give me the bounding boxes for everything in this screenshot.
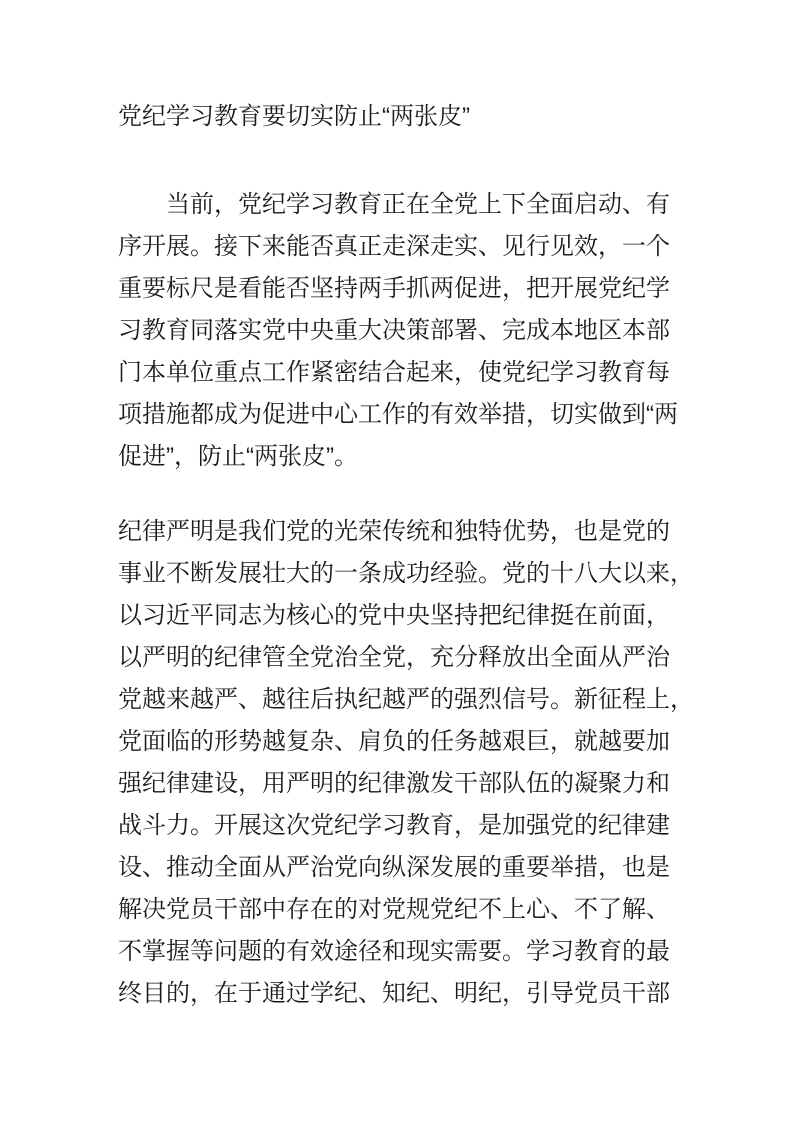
- document-title: 党纪学习教育要切实防止“两张皮”: [118, 96, 675, 138]
- text-line: 以习近平同志为核心的党中央坚持把纪律挺在前面，: [118, 595, 675, 637]
- text-line: 不掌握等问题的有效途径和现实需要。学习教育的最: [118, 931, 675, 973]
- document-body: 当前，党纪学习教育正在全党上下全面启动、有序开展。接下来能否真正走深走实、见行见…: [118, 184, 675, 1015]
- paragraph: 纪律严明是我们党的光荣传统和独特优势，也是党的事业不断发展壮大的一条成功经验。党…: [118, 511, 675, 1015]
- text-line: 以严明的纪律管全党治全党，充分释放出全面从严治: [118, 637, 675, 679]
- text-line: 重要标尺是看能否坚持两手抓两促进，把开展党纪学: [118, 268, 675, 310]
- text-line: 党面临的形势越复杂、肩负的任务越艰巨，就越要加: [118, 721, 675, 763]
- paragraph: 当前，党纪学习教育正在全党上下全面启动、有序开展。接下来能否真正走深走实、见行见…: [118, 184, 675, 478]
- document-page: 党纪学习教育要切实防止“两张皮” 当前，党纪学习教育正在全党上下全面启动、有序开…: [0, 0, 793, 1122]
- text-line: 终目的，在于通过学纪、知纪、明纪，引导党员干部: [118, 973, 675, 1015]
- text-line: 项措施都成为促进中心工作的有效举措，切实做到“两: [118, 394, 675, 436]
- text-line: 强纪律建设，用严明的纪律激发干部队伍的凝聚力和: [118, 763, 675, 805]
- text-line: 序开展。接下来能否真正走深走实、见行见效，一个: [118, 226, 675, 268]
- text-line: 纪律严明是我们党的光荣传统和独特优势，也是党的: [118, 511, 675, 553]
- text-line: 事业不断发展壮大的一条成功经验。党的十八大以来，: [118, 553, 675, 595]
- text-line: 解决党员干部中存在的对党规党纪不上心、不了解、: [118, 889, 675, 931]
- text-line: 习教育同落实党中央重大决策部署、完成本地区本部: [118, 310, 675, 352]
- text-line: 促进”，防止“两张皮”。: [118, 436, 675, 478]
- text-line: 党越来越严、越往后执纪越严的强烈信号。新征程上，: [118, 679, 675, 721]
- text-line: 门本单位重点工作紧密结合起来，使党纪学习教育每: [118, 352, 675, 394]
- text-line: 战斗力。开展这次党纪学习教育，是加强党的纪律建: [118, 805, 675, 847]
- text-line: 设、推动全面从严治党向纵深发展的重要举措，也是: [118, 847, 675, 889]
- text-line: 当前，党纪学习教育正在全党上下全面启动、有: [118, 184, 675, 226]
